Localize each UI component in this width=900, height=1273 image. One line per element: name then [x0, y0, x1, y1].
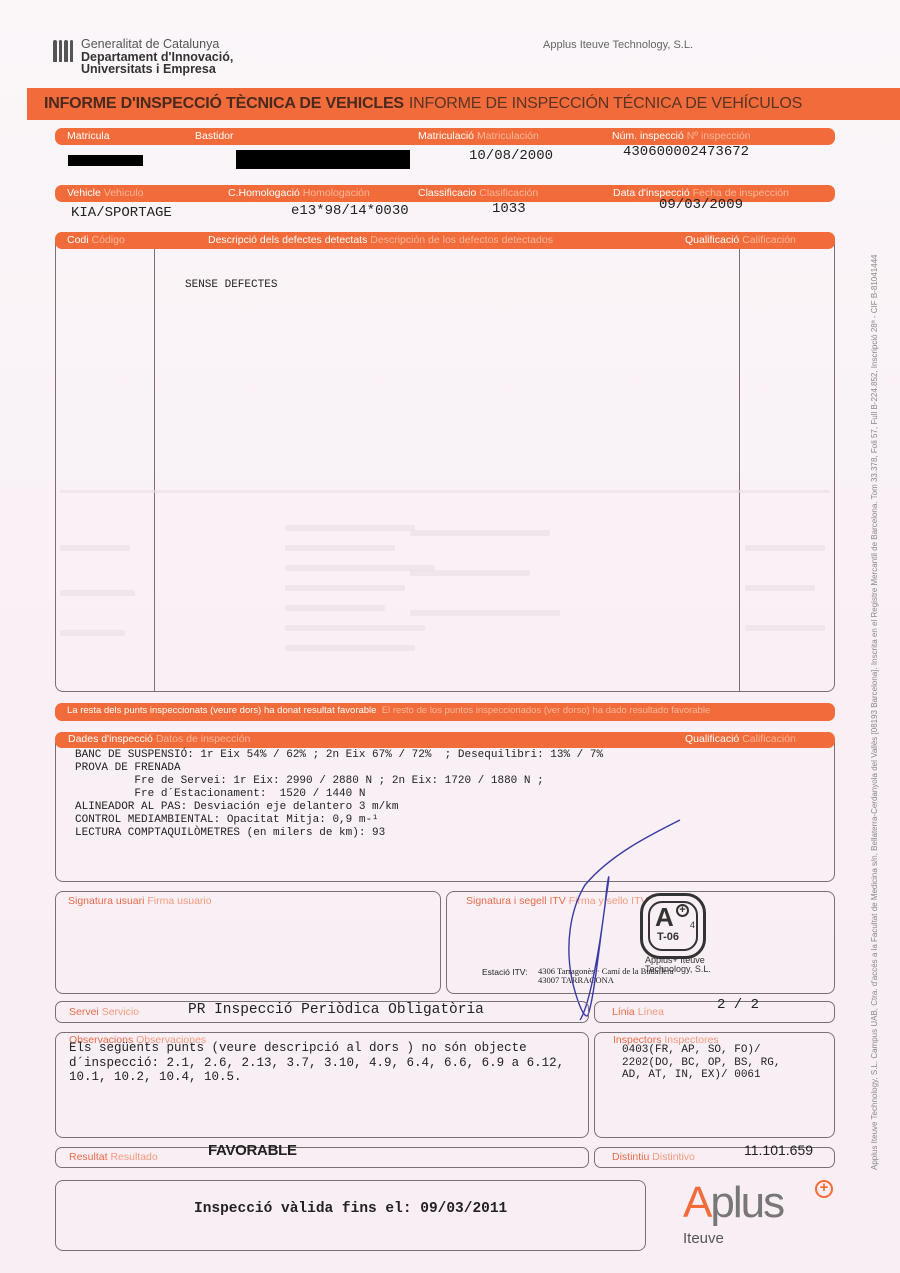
- label-qualificacio: Qualificació Calificación: [685, 234, 796, 246]
- label-resultat: Resultat Resultado: [69, 1151, 158, 1163]
- bleed-through: [285, 605, 385, 611]
- label-matriculacio: Matriculació Matriculación: [418, 130, 539, 142]
- label-homologacio: C.Homologació Homologación: [228, 187, 370, 199]
- logo-text: plus: [710, 1178, 783, 1227]
- org-line-3: Universitats i Empresa: [81, 63, 233, 76]
- bleed-through: [285, 625, 425, 631]
- inspection-number: 430600002473672: [623, 144, 749, 160]
- label-classificacio: Classificacio Clasificación: [418, 187, 538, 199]
- legal-side-text: Applus Iteuve Technology, S.L. Campus UA…: [870, 255, 879, 1171]
- inspection-line: CONTROL MEDIAMBIENTAL: Opacitat Mitja: 0…: [75, 814, 603, 827]
- station-label: Estació ITV:: [482, 967, 528, 977]
- label-vehicle: Vehicle Vehiculo: [67, 187, 143, 199]
- result-value: FAVORABLE: [208, 1142, 297, 1159]
- label-descripcio: Descripció dels defectes detectats Descr…: [208, 234, 553, 246]
- bleed-through: [745, 545, 825, 551]
- document-title: INFORME D'INSPECCIÓ TÈCNICA DE VEHICLES …: [27, 88, 900, 120]
- bleed-through: [285, 645, 415, 651]
- issuing-department: Generalitat de Catalunya Departament d'I…: [81, 38, 233, 76]
- label-matricula: Matricula: [67, 130, 110, 142]
- bleed-through: [285, 525, 415, 531]
- observations-box: Observacions Observaciones Els següents …: [55, 1032, 589, 1138]
- bleed-through: [410, 530, 550, 536]
- stamp-number: 4: [690, 920, 695, 930]
- label-linia: Línia Línea: [612, 1006, 664, 1018]
- service-value: PR Inspecció Periòdica Obligatòria: [188, 1002, 484, 1018]
- inspectors-text: 0403(FR, AP, SO, FO)/ 2202(DO, BC, OP, B…: [622, 1044, 780, 1082]
- station-info: Estació ITV: 4306 Tarragonès · Camí de l…: [482, 967, 528, 977]
- label-codi: Codi Código: [67, 234, 125, 246]
- bleed-through: [410, 570, 530, 576]
- defects-header-bar: Codi Código Descripció dels defectes det…: [55, 232, 835, 249]
- badge-box: Distintiu Distintivo 11.101.659: [594, 1147, 835, 1168]
- bleed-through: [410, 610, 560, 616]
- inspection-date: 09/03/2009: [659, 197, 743, 213]
- line-value: 2 / 2: [717, 997, 759, 1013]
- bleed-through: [60, 545, 130, 551]
- service-box: Servei Servicio PR Inspecció Periòdica O…: [55, 1001, 589, 1023]
- applus-plus-icon: +: [815, 1180, 833, 1198]
- redacted-vin: [236, 150, 410, 169]
- line-box: Línia Línea 2 / 2: [594, 1001, 835, 1023]
- inspection-line: PROVA DE FRENADA: [75, 762, 603, 775]
- favorable-note: La resta dels punts inspeccionats (veure…: [67, 705, 710, 716]
- bleed-through: [745, 585, 815, 591]
- classification-code: 1033: [492, 201, 526, 217]
- validity-text: Inspecció vàlida fins el: 09/03/2011: [194, 1201, 507, 1217]
- observations-text: Els següents punts (veure descripció al …: [69, 1041, 564, 1085]
- bleed-through: [60, 630, 125, 636]
- inspection-data-header-bar: Dades d'inspecció Datos de inspección Qu…: [55, 732, 835, 748]
- applus-logo: Aplus: [683, 1178, 783, 1228]
- inspection-line: BANC DE SUSPENSIÓ: 1r Eix 54% / 62% ; 2n…: [75, 749, 603, 762]
- label-servei: Servei Servicio: [69, 1006, 139, 1018]
- label-dades-inspeccio: Dades d'inspecció Datos de inspección: [68, 733, 250, 745]
- registration-header-bar: Matricula Bastidor Matriculació Matricul…: [55, 128, 835, 145]
- column-divider: [154, 249, 155, 692]
- inspection-line: Fre d´Estacionament: 1520 / 1440 N: [75, 788, 603, 801]
- inspection-line: ALINEADOR AL PAS: Desviación eje delante…: [75, 801, 603, 814]
- bleed-through: [60, 590, 135, 596]
- company-name: Applus Iteuve Technology, S.L.: [543, 39, 693, 51]
- applus-subbrand: Iteuve: [683, 1230, 724, 1247]
- inspection-line: LECTURA COMPTAQUILÒMETRES (en milers de …: [75, 827, 603, 840]
- title-catalan: INFORME D'INSPECCIÓ TÈCNICA DE VEHICLES: [44, 95, 404, 113]
- defects-description: SENSE DEFECTES: [185, 279, 277, 291]
- bleed-through: [285, 585, 405, 591]
- bleed-through: [60, 490, 830, 493]
- label-user-signature: Signatura usuari Firma usuario: [68, 895, 212, 907]
- vehicle-model: KIA/SPORTAGE: [71, 205, 172, 221]
- label-distintiu: Distintiu Distintivo: [612, 1151, 695, 1163]
- redacted-plate: [68, 155, 143, 166]
- logo-letter-a: A: [683, 1178, 710, 1227]
- label-qualificacio-data: Qualificació Calificación: [685, 733, 796, 745]
- org-line-1: Generalitat de Catalunya: [81, 38, 233, 51]
- bleed-through: [745, 625, 825, 631]
- registration-date: 10/08/2000: [469, 148, 553, 164]
- inspection-measurements: BANC DE SUSPENSIÓ: 1r Eix 54% / 62% ; 2n…: [75, 749, 603, 840]
- generalitat-logo-icon: [53, 40, 73, 62]
- badge-number: 11.101.659: [744, 1142, 813, 1158]
- label-num-inspeccio: Núm. inspecció Nº inspección: [612, 130, 751, 142]
- inspection-line: Fre de Servei: 1r Eix: 2990 / 2880 N ; 2…: [75, 775, 603, 788]
- title-spanish: INFORME DE INSPECCIÓN TÉCNICA DE VEHÍCUL…: [409, 95, 802, 113]
- result-box: Resultat Resultado FAVORABLE: [55, 1147, 589, 1168]
- defects-table: [55, 232, 835, 692]
- inspectors-box: Inspectors Inspectores 0403(FR, AP, SO, …: [594, 1032, 835, 1138]
- bleed-through: [285, 545, 395, 551]
- handwritten-signature: [550, 815, 690, 1025]
- user-signature-box: Signatura usuari Firma usuario: [55, 891, 441, 994]
- validity-box: Inspecció vàlida fins el: 09/03/2011: [55, 1180, 646, 1251]
- column-divider: [739, 249, 740, 692]
- inspection-report-page: Generalitat de Catalunya Departament d'I…: [0, 0, 900, 1273]
- label-bastidor: Bastidor: [195, 130, 234, 142]
- favorable-result-bar: La resta dels punts inspeccionats (veure…: [55, 703, 835, 721]
- homologation-code: e13*98/14*0030: [291, 203, 409, 219]
